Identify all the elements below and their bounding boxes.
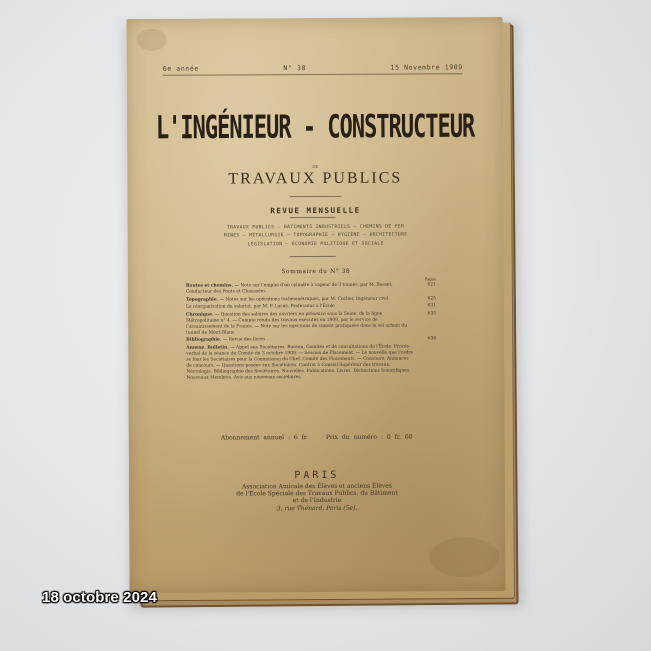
issue-number: N° 38	[283, 64, 306, 72]
contents-entry-text: La réorganisation du salariat, par M. P.…	[186, 303, 422, 310]
topics-rule	[290, 256, 336, 257]
issue-year: 6e année	[163, 65, 199, 73]
contents-page: 631	[422, 303, 436, 309]
publication-title: L'INGÉNIEUR - CONSTRUCTEUR	[127, 109, 503, 147]
table-of-contents: Pages Routes et chemins. — Note sur l'em…	[186, 276, 437, 382]
topics-list: TRAVAUX PUBLICS — BATIMENTS INDUSTRIELS …	[150, 223, 482, 250]
issue-header: 6e année N° 38 15 Novembre 1909	[163, 63, 463, 73]
photo-date-stamp: 18 octobre 2024	[42, 589, 157, 606]
contents-title: Sommaire du N° 38	[128, 267, 504, 276]
contents-page: 625	[422, 296, 436, 302]
contents-page: 638	[422, 336, 436, 342]
issue-price: Prix du numéro : 0 fr. 60	[326, 433, 413, 440]
contents-section: Bibliographie.	[186, 337, 223, 342]
contents-entry: Topographie. — Notes sur les opérations …	[186, 296, 436, 303]
publisher-address: 3, rue Thénard, Paris (5e).	[129, 504, 505, 513]
contents-section: Topographie.	[186, 297, 220, 302]
periodicity-label: REVUE MENSUELLE	[127, 205, 503, 216]
contents-page	[422, 344, 436, 380]
contents-entry: Chronique. — Question des salaires des o…	[186, 311, 436, 336]
contents-page: 635	[422, 311, 436, 335]
pricing: Abonnement annuel : 6 fr. Prix du numéro…	[129, 433, 505, 442]
contents-description: La réorganisation du salariat, par M. P.…	[186, 304, 335, 310]
subscription-price: Abonnement annuel : 6 fr.	[221, 434, 308, 441]
contents-section: Routes et chemins.	[186, 283, 235, 288]
publisher-block: Association Amicale des Élèves et ancien…	[129, 482, 505, 513]
contents-description: — Notes sur les opérations tachéométriqu…	[220, 296, 389, 302]
contents-entry: Annexe. Bulletin. — Appel aux Sociétaire…	[186, 344, 436, 381]
contents-entry: Bibliographie. — Revue des livres638	[186, 336, 436, 343]
contents-entry: Routes et chemins. — Note sur l'emploi d…	[186, 282, 436, 295]
stain	[429, 537, 499, 577]
contents-entry-text: Chronique. — Question des salaires des o…	[186, 311, 422, 336]
contents-description: — Revue des livres	[223, 337, 265, 342]
contents-list: Routes et chemins. — Note sur l'emploi d…	[186, 282, 437, 381]
topics-line: LÉGISLATION — ÉCONOMIE POLITIQUE ET SOCI…	[150, 240, 482, 250]
contents-page: 621	[422, 282, 436, 294]
imprint-city: PARIS	[129, 469, 505, 482]
contents-entry-text: Routes et chemins. — Note sur l'emploi d…	[186, 282, 422, 295]
contents-description: — Question des salaires des ouvriers en …	[186, 311, 407, 335]
magazine-cover: 6e année N° 38 15 Novembre 1909 L'INGÉNI…	[126, 17, 505, 593]
contents-section: Chronique.	[186, 312, 215, 317]
issue-date: 15 Novembre 1909	[391, 63, 463, 71]
contents-entry-text: Annexe. Bulletin. — Appel aux Sociétaire…	[186, 344, 422, 381]
header-rule	[163, 73, 463, 76]
title-rule	[289, 196, 341, 197]
publication-subtitle: TRAVAUX PUBLICS	[127, 169, 503, 189]
contents-entry-text: Bibliographie. — Revue des livres	[186, 336, 422, 343]
contents-section: Annexe. Bulletin.	[186, 345, 230, 350]
periodicity-rule	[290, 217, 336, 218]
contents-entry-text: Topographie. — Notes sur les opérations …	[186, 296, 422, 303]
stain	[137, 29, 167, 51]
contents-entry: La réorganisation du salariat, par M. P.…	[186, 303, 436, 310]
